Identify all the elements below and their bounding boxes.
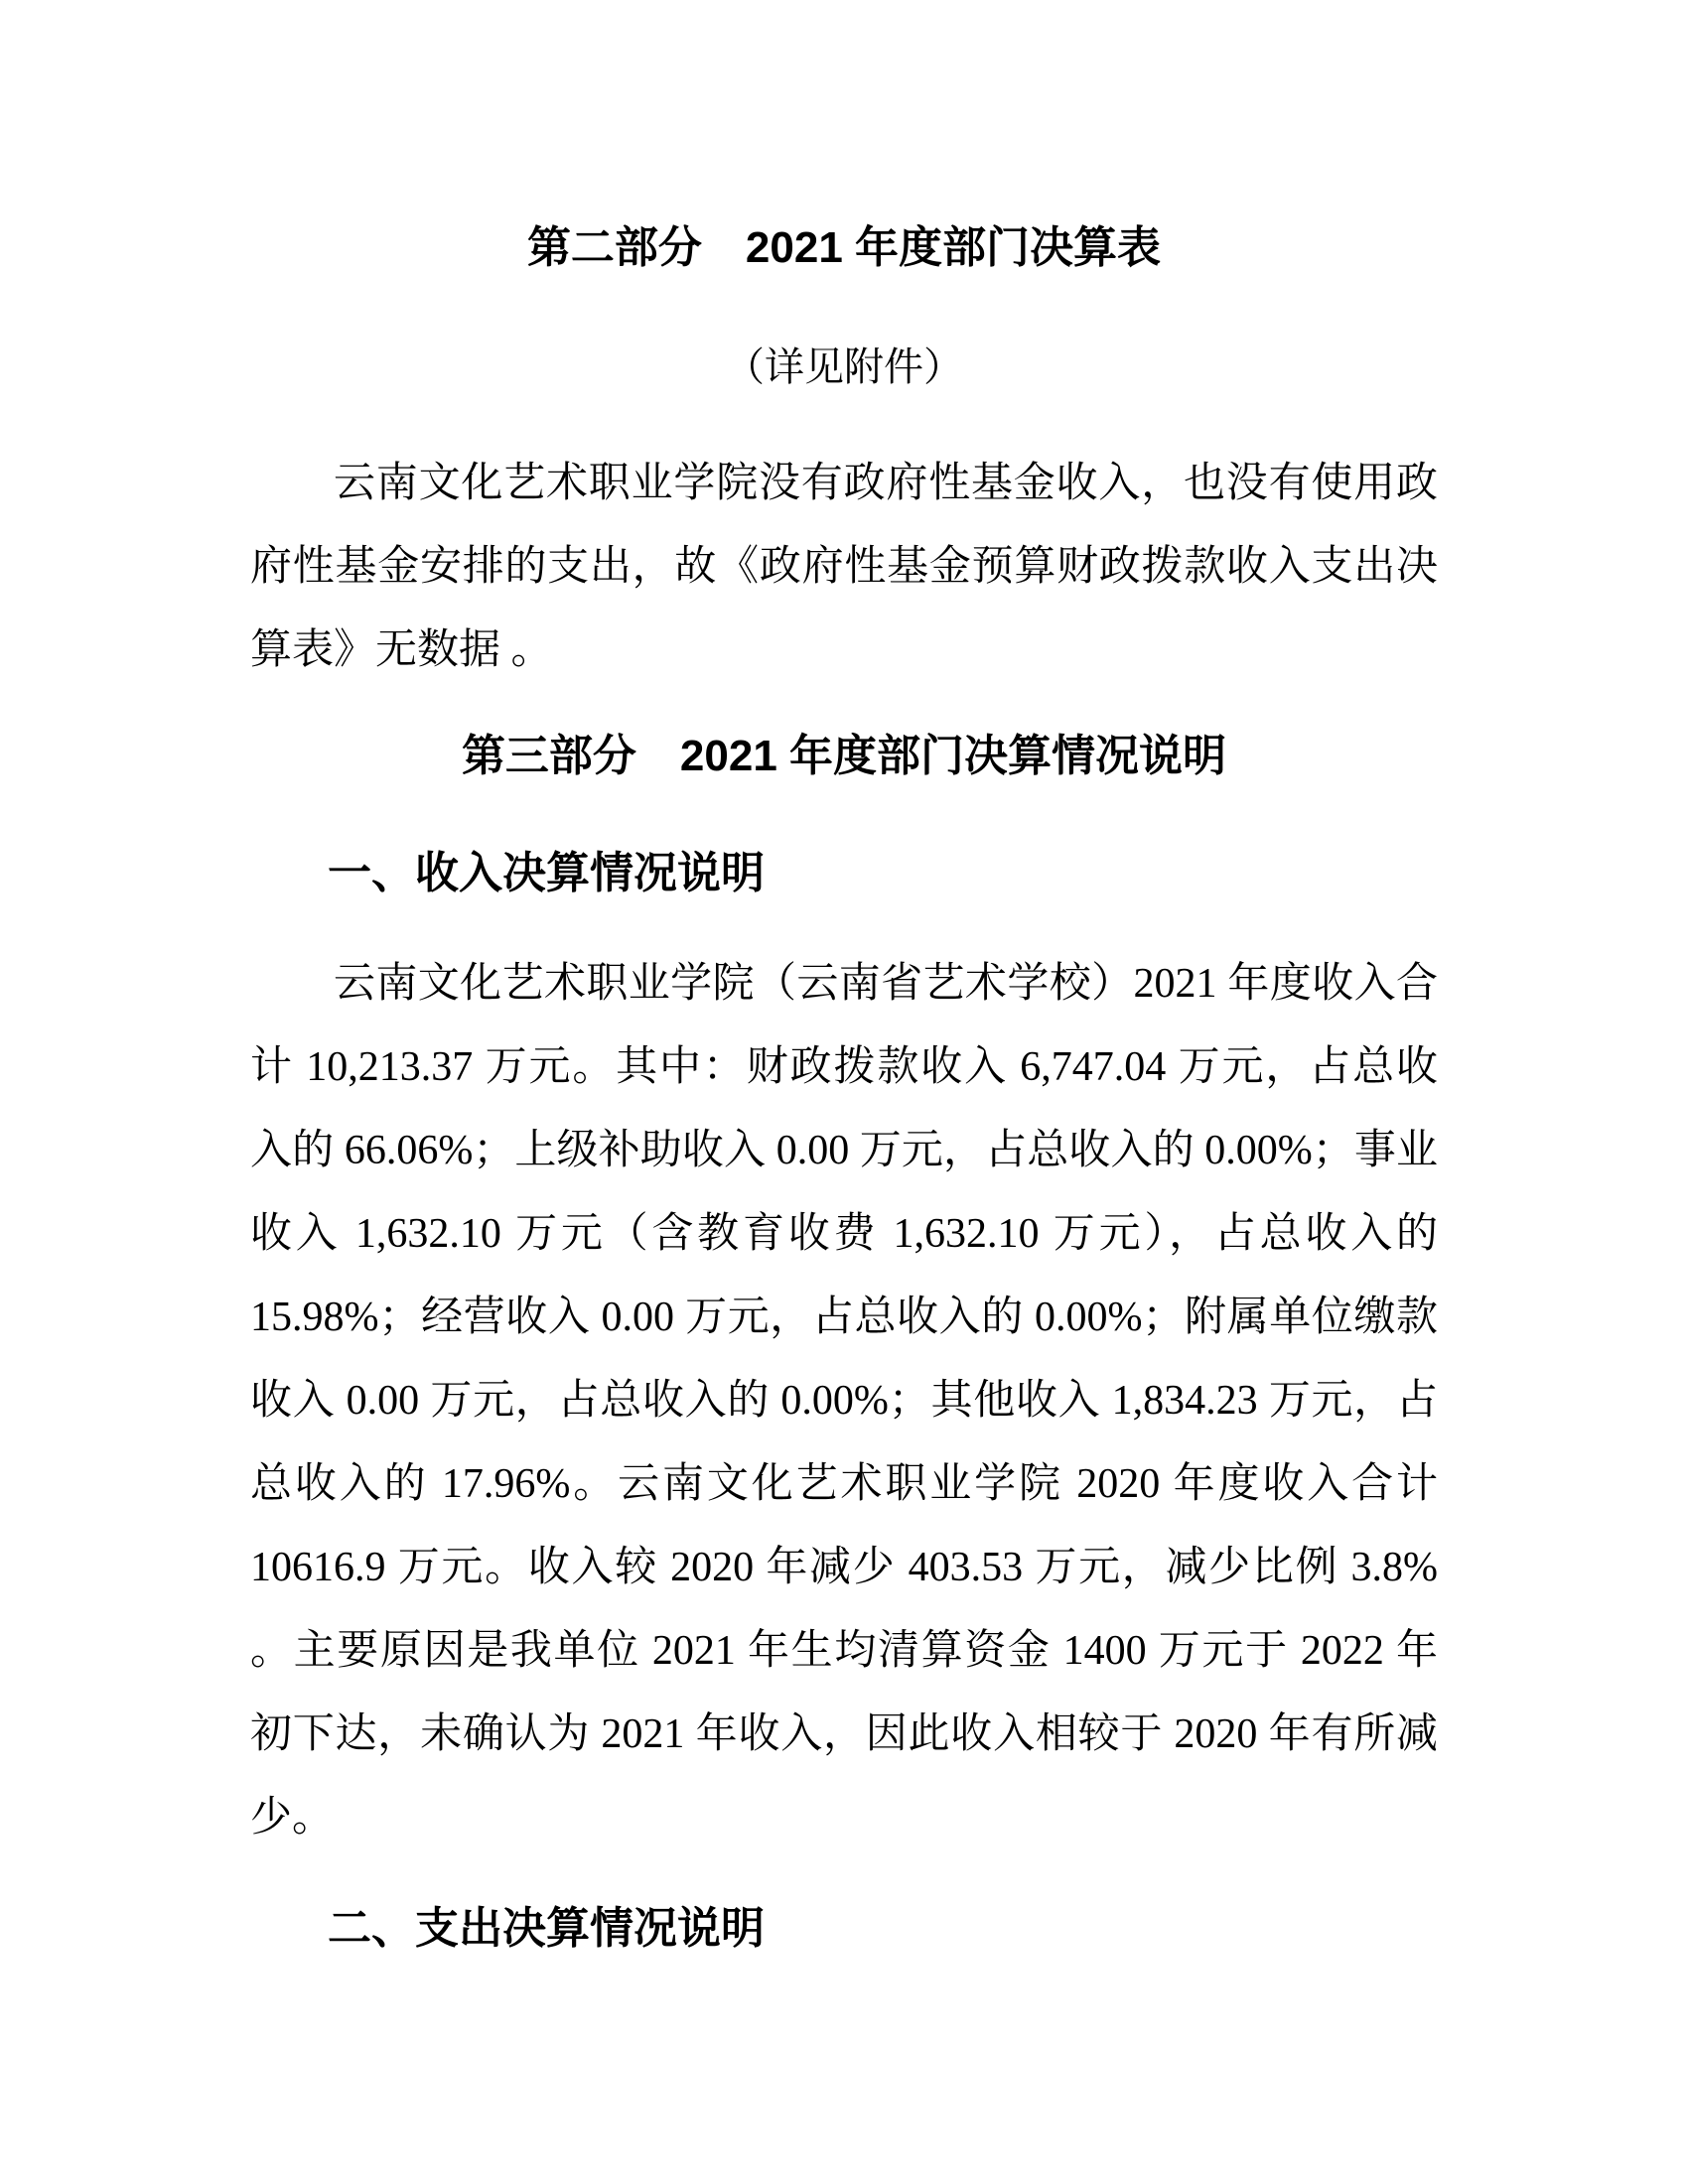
paragraph-line: 算表》无数据 。 [250, 609, 1438, 692]
document-page: 第二部分 2021 年度部门决算表 （详见附件） 云南文化艺术职业学院没有政府性… [0, 0, 1688, 2184]
paragraph-line: 。主要原因是我单位 2021 年生均清算资金 1400 万元于 2022 年年 [250, 1609, 1438, 1693]
paragraph-line: 15.98%；经营收入 0.00 万元，占总收入的 0.00%；附属单位缴款 [250, 1276, 1438, 1359]
paragraph-line: 收入 0.00 万元，占总收入的 0.00%；其他收入 1,834.23 万元，… [250, 1359, 1438, 1442]
paragraph-line: 计 10,213.37 万元。其中：财政拨款收入 6,747.04 万元，占总收 [250, 1025, 1438, 1109]
paragraph-line: 10616.9 万元。收入较 2020 年减少 403.53 万元，减少比例 3… [250, 1526, 1438, 1609]
paragraph-line: 总收入的 17.96%。云南文化艺术职业学院 2020 年度收入合计 [250, 1442, 1438, 1526]
paragraph-line: 云南文化艺术职业学院没有政府性基金收入，也没有使用政 [250, 442, 1438, 525]
paragraph-line: 入的 66.06%；上级补助收入 0.00 万元，占总收入的 0.00%；事业 [250, 1109, 1438, 1192]
section3-title: 第三部分 2021 年度部门决算情况说明 [250, 727, 1438, 786]
income-statement-heading: 一、收入决算情况说明 [250, 844, 1438, 903]
paragraph-line: 少。 [250, 1776, 1438, 1859]
paragraph-line: 府性基金安排的支出，故《政府性基金预算财政拨款收入支出决 [250, 525, 1438, 609]
expenditure-statement-heading: 二、支出决算情况说明 [250, 1899, 1438, 1959]
attachment-note: （详见附件） [250, 338, 1438, 397]
paragraph-line: 云南文化艺术职业学院（云南省艺术学校）2021 年度收入合 [250, 942, 1438, 1025]
paragraph-line: 收入 1,632.10 万元（含教育收费 1,632.10 万元），占总收入的 [250, 1192, 1438, 1276]
government-fund-paragraph: 云南文化艺术职业学院没有政府性基金收入，也没有使用政府性基金安排的支出，故《政府… [250, 442, 1438, 692]
income-statement-paragraph: 云南文化艺术职业学院（云南省艺术学校）2021 年度收入合计 10,213.37… [250, 942, 1438, 1859]
document-content: 第二部分 2021 年度部门决算表 （详见附件） 云南文化艺术职业学院没有政府性… [250, 218, 1438, 1959]
section2-title: 第二部分 2021 年度部门决算表 [250, 218, 1438, 278]
paragraph-line: 初下达，未确认为 2021 年收入，因此收入相较于 2020 年有所减 [250, 1693, 1438, 1776]
